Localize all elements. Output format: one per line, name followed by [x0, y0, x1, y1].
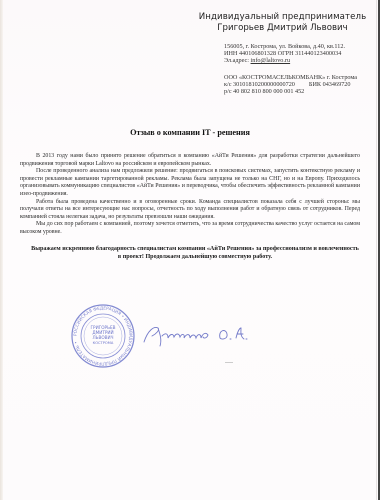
scanned-letter-page: Индивидуальный предприниматель Григорьев… — [0, 0, 380, 500]
scan-smudge — [225, 362, 233, 363]
scan-left-edge — [0, 0, 3, 500]
bank-requisites: ООО «КОСТРОМАСЕЛЬКОМБАНК» г. Кострома к/… — [190, 74, 375, 96]
letterhead-name: Григорьев Дмитрий Львович — [190, 23, 375, 34]
stamp-line-4: КОСТРОМА — [93, 341, 114, 345]
letterhead-requisites: 156005, г. Кострома, ул. Войкова, д.40, … — [190, 43, 375, 65]
inn-ogrn: ИНН 440106801328 ОГРН 311440123400034 — [224, 50, 375, 57]
paragraph-4: Мы до сих пор работаем с компанией, поэт… — [20, 221, 360, 236]
letter-body: В 2013 году нами было принято решение об… — [20, 153, 360, 237]
letterhead-title: Индивидуальный предприниматель — [190, 12, 375, 23]
email-link[interactable]: info@laltovo.ru — [251, 57, 291, 64]
paragraph-1: В 2013 году нами было принято решение об… — [20, 153, 360, 168]
bik: БИК 043469720 — [309, 81, 351, 88]
bank-name: ООО «КОСТРОМАСЕЛЬКОМБАНК» г. Кострома — [224, 74, 375, 81]
seal-stamp-icon: РОССИЙСКАЯ ФЕДЕРАЦИЯ • ИНДИВИДУАЛЬНЫЙ ПР… — [70, 303, 136, 369]
paragraph-3: Работа была проведена качественно и в ог… — [20, 199, 360, 222]
address: 156005, г. Кострома, ул. Войкова, д.40, … — [224, 43, 375, 50]
closing-statement: Выражаем искреннюю благодарность специал… — [30, 245, 360, 261]
handwritten-signature-icon: Григорьев Д.Л. — [140, 320, 250, 350]
email-row: Эл.адрес: info@laltovo.ru — [224, 57, 375, 64]
letter-title: Отзыв о компании IT - решения — [0, 128, 380, 137]
letterhead: Индивидуальный предприниматель Григорьев… — [190, 12, 375, 95]
email-label: Эл.адрес: — [224, 57, 251, 64]
scan-right-edge-shadow — [376, 0, 377, 500]
paragraph-2: После проведенного анализа нам предложил… — [20, 168, 360, 198]
ks-bik-row: к/с 30101810200000000720БИК 043469720 — [224, 81, 375, 88]
stamp-line-3: ЛЬВОВИЧ — [92, 335, 113, 340]
rs: р/с 40 802 810 800 000 001 452 — [224, 88, 375, 95]
ks: к/с 30101810200000000720 — [224, 81, 295, 88]
